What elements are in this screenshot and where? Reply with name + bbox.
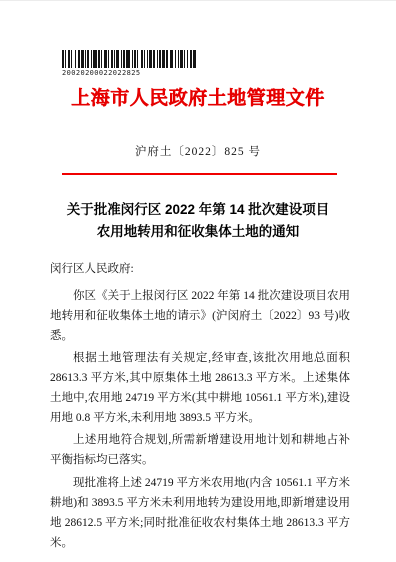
salutation: 闵行区人民政府: [50,259,350,279]
barcode: 20020200022022825 [62,50,212,77]
body-paragraph: 上述用地符合规划,所需新增建设用地计划和耕地占补平衡指标均已落实。 [50,430,350,470]
red-divider-rule [62,173,337,175]
document-number: 沪府土〔2022〕825 号 [0,143,396,159]
body-paragraph: 你区《关于上报闵行区 2022 年第 14 批次建设项目农用地转用和征收集体土地… [50,286,350,346]
notice-title: 关于批准闵行区 2022 年第 14 批次建设项目 农用地转用和征收集体土地的通… [30,199,366,243]
masthead-title: 上海市人民政府土地管理文件 [0,83,396,110]
barcode-number: 20020200022022825 [62,69,212,77]
notice-title-line2: 农用地转用和征收集体土地的通知 [30,221,366,243]
notice-body: 闵行区人民政府: 你区《关于上报闵行区 2022 年第 14 批次建设项目农用地… [50,259,350,555]
body-paragraph: 根据土地管理法有关规定,经审查,该批次用地总面积 28613.3 平方米,其中原… [50,348,350,428]
notice-title-line1: 关于批准闵行区 2022 年第 14 批次建设项目 [30,199,366,221]
barcode-icon [62,50,208,68]
document-page: 20020200022022825 上海市人民政府土地管理文件 沪府土〔2022… [0,0,396,562]
body-paragraph: 现批准将上述 24719 平方米农用地(内含 10561.1 平方米耕地)和 3… [50,473,350,553]
